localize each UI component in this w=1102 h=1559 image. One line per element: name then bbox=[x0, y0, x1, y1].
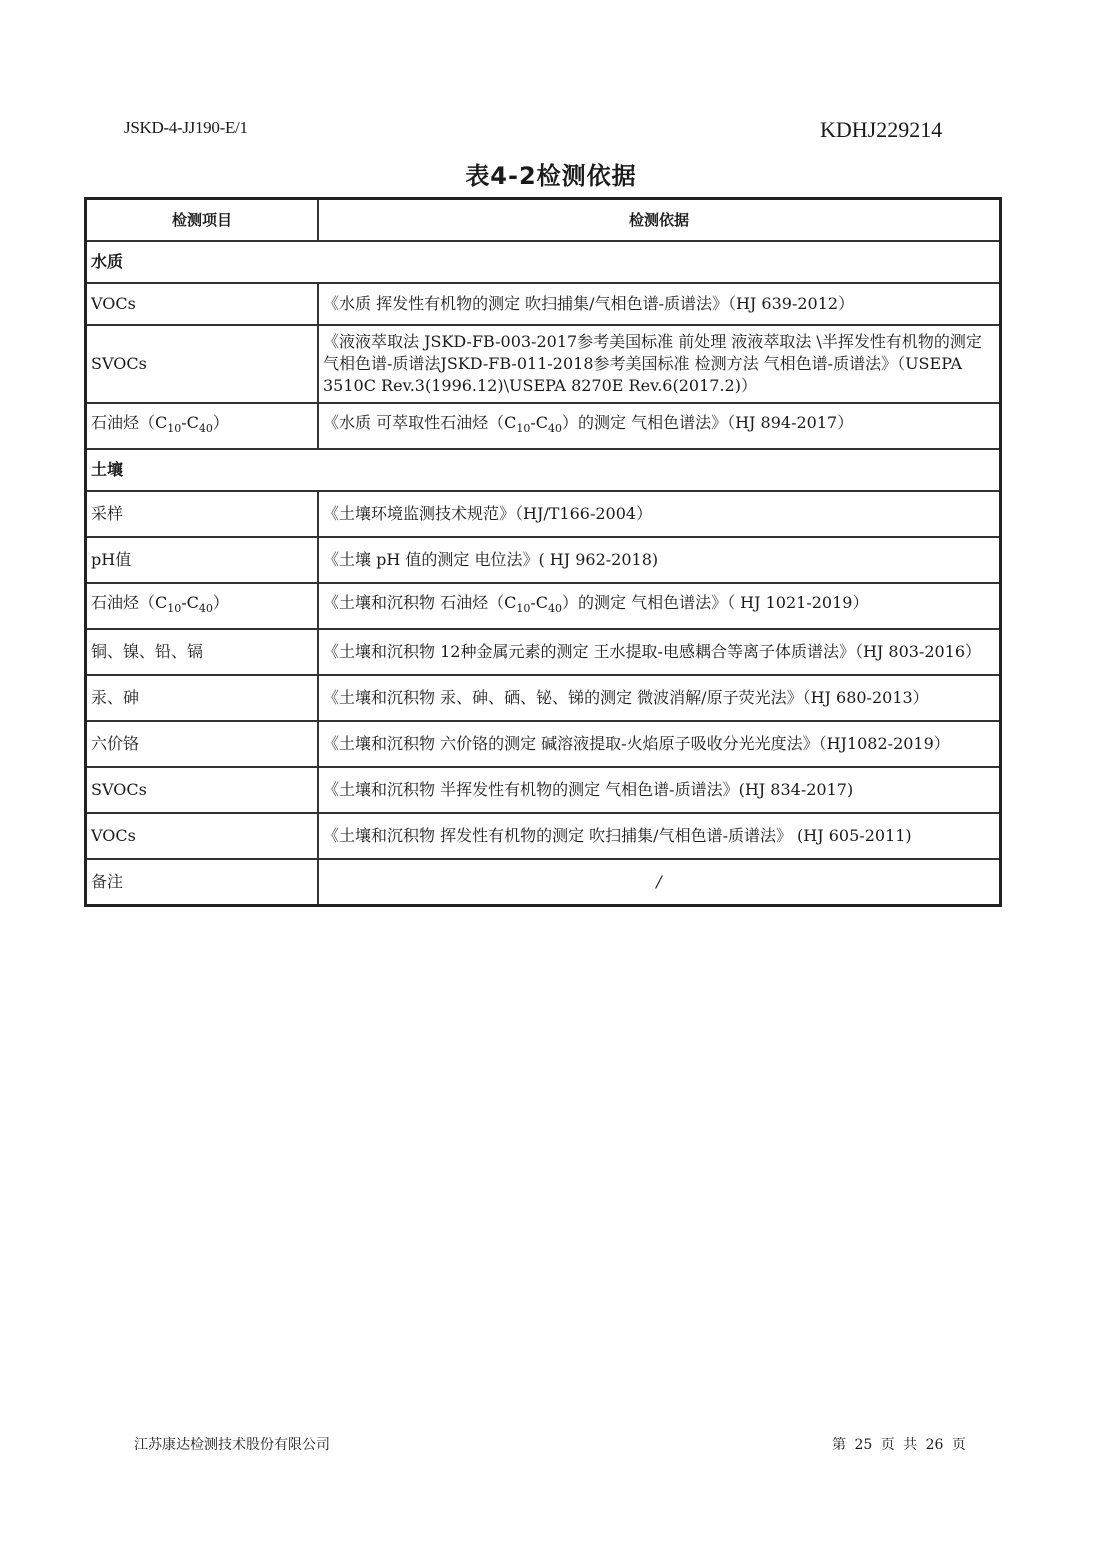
testing-basis-table: 检测项目 检测依据 水质 VOCs 《水质 挥发性有机物的测定 吹扫捕集/气相色… bbox=[84, 197, 1002, 907]
item-cell: SVOCs bbox=[86, 767, 319, 813]
remark-label: 备注 bbox=[86, 859, 319, 906]
table-row: VOCs 《土壤和沉积物 挥发性有机物的测定 吹扫捕集/气相色谱-质谱法》 (H… bbox=[86, 813, 1001, 859]
basis-cell: 《土壤和沉积物 12种金属元素的测定 王水提取-电感耦合等离子体质谱法》（HJ … bbox=[318, 629, 1001, 675]
document-code: JSKD-4-JJ190-E/1 bbox=[124, 118, 248, 138]
item-cell: 六价铬 bbox=[86, 721, 319, 767]
section-title: 土壤 bbox=[86, 449, 1001, 491]
item-cell: 石油烃（C10-C40） bbox=[86, 583, 319, 629]
item-cell: 石油烃（C10-C40） bbox=[86, 403, 319, 449]
item-cell: SVOCs bbox=[86, 325, 319, 403]
remark-value: / bbox=[318, 859, 1001, 906]
table-row: 石油烃（C10-C40） 《水质 可萃取性石油烃（C10-C40）的测定 气相色… bbox=[86, 403, 1001, 449]
section-row-soil: 土壤 bbox=[86, 449, 1001, 491]
item-cell: VOCs bbox=[86, 283, 319, 325]
basis-cell: 《水质 挥发性有机物的测定 吹扫捕集/气相色谱-质谱法》（HJ 639-2012… bbox=[318, 283, 1001, 325]
item-cell: pH值 bbox=[86, 537, 319, 583]
company-name: 江苏康达检测技术股份有限公司 bbox=[134, 1434, 330, 1454]
basis-cell: 《土壤 pH 值的测定 电位法》( HJ 962-2018) bbox=[318, 537, 1001, 583]
table-row: VOCs 《水质 挥发性有机物的测定 吹扫捕集/气相色谱-质谱法》（HJ 639… bbox=[86, 283, 1001, 325]
column-header-basis: 检测依据 bbox=[318, 199, 1001, 242]
basis-cell: 《液液萃取法 JSKD-FB-003-2017参考美国标准 前处理 液液萃取法 … bbox=[318, 325, 1001, 403]
remark-row: 备注 / bbox=[86, 859, 1001, 906]
table-title: 表4-2检测依据 bbox=[0, 156, 1102, 191]
basis-cell: 《土壤和沉积物 挥发性有机物的测定 吹扫捕集/气相色谱-质谱法》 (HJ 605… bbox=[318, 813, 1001, 859]
basis-cell: 《土壤环境监测技术规范》（HJ/T166-2004） bbox=[318, 491, 1001, 537]
table-row: 采样 《土壤环境监测技术规范》（HJ/T166-2004） bbox=[86, 491, 1001, 537]
basis-cell: 《土壤和沉积物 石油烃（C10-C40）的测定 气相色谱法》（ HJ 1021-… bbox=[318, 583, 1001, 629]
report-number: KDHJ229214 bbox=[820, 117, 942, 143]
section-row-water: 水质 bbox=[86, 241, 1001, 283]
page-number: 第 25 页 共 26 页 bbox=[832, 1434, 966, 1454]
column-header-item: 检测项目 bbox=[86, 199, 319, 242]
item-cell: 汞、砷 bbox=[86, 675, 319, 721]
basis-cell: 《土壤和沉积物 半挥发性有机物的测定 气相色谱-质谱法》(HJ 834-2017… bbox=[318, 767, 1001, 813]
table-row: 铜、镍、铅、镉 《土壤和沉积物 12种金属元素的测定 王水提取-电感耦合等离子体… bbox=[86, 629, 1001, 675]
item-cell: 采样 bbox=[86, 491, 319, 537]
table-row: 六价铬 《土壤和沉积物 六价铬的测定 碱溶液提取-火焰原子吸收分光光度法》（HJ… bbox=[86, 721, 1001, 767]
table-row: SVOCs 《液液萃取法 JSKD-FB-003-2017参考美国标准 前处理 … bbox=[86, 325, 1001, 403]
table-row: pH值 《土壤 pH 值的测定 电位法》( HJ 962-2018) bbox=[86, 537, 1001, 583]
basis-cell: 《土壤和沉积物 六价铬的测定 碱溶液提取-火焰原子吸收分光光度法》（HJ1082… bbox=[318, 721, 1001, 767]
basis-cell: 《土壤和沉积物 汞、砷、硒、铋、锑的测定 微波消解/原子荧光法》（HJ 680-… bbox=[318, 675, 1001, 721]
table-row: 汞、砷 《土壤和沉积物 汞、砷、硒、铋、锑的测定 微波消解/原子荧光法》（HJ … bbox=[86, 675, 1001, 721]
section-title: 水质 bbox=[86, 241, 1001, 283]
basis-cell: 《水质 可萃取性石油烃（C10-C40）的测定 气相色谱法》（HJ 894-20… bbox=[318, 403, 1001, 449]
table-row: 石油烃（C10-C40） 《土壤和沉积物 石油烃（C10-C40）的测定 气相色… bbox=[86, 583, 1001, 629]
item-cell: 铜、镍、铅、镉 bbox=[86, 629, 319, 675]
table-header-row: 检测项目 检测依据 bbox=[86, 199, 1001, 242]
table-row: SVOCs 《土壤和沉积物 半挥发性有机物的测定 气相色谱-质谱法》(HJ 83… bbox=[86, 767, 1001, 813]
item-cell: VOCs bbox=[86, 813, 319, 859]
